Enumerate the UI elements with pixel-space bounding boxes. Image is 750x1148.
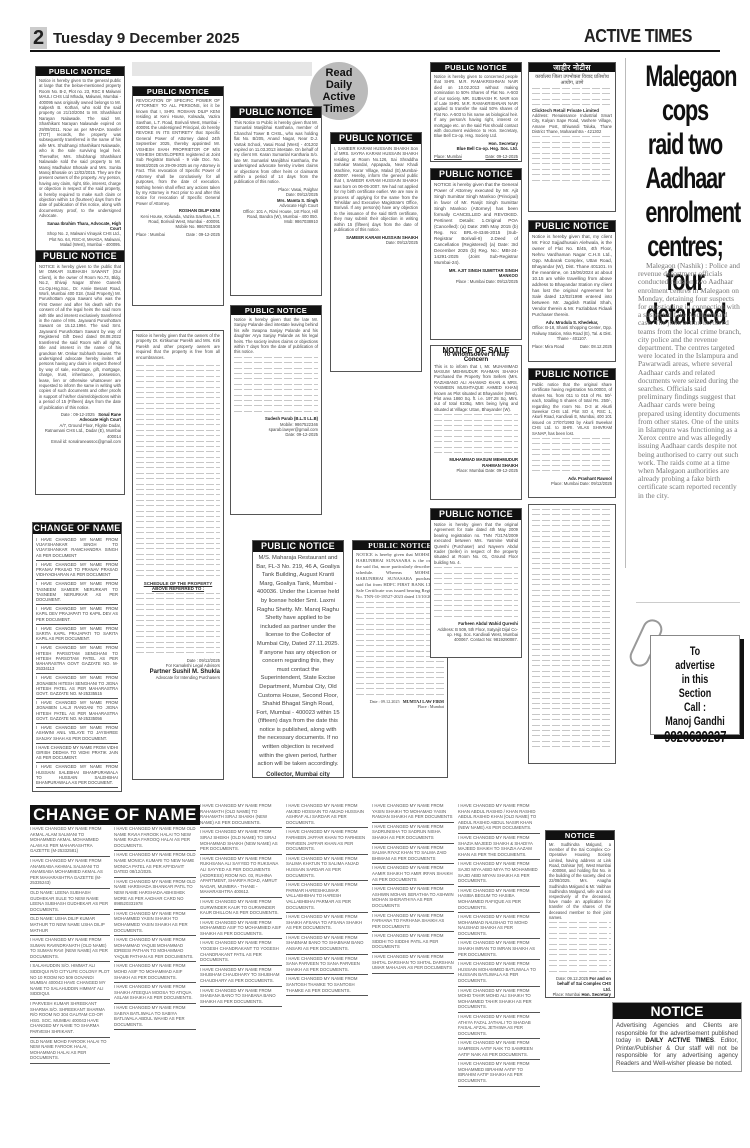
name-change-entry: I HAVE CHANGED MY NAME FROM SALMA RIYAZ … [372, 844, 454, 865]
notice-title: PUBLIC NOTICE [253, 541, 343, 552]
name-change-entry: I HAVE CHANGED MY NAME FROM OLD NAME HAR… [114, 878, 196, 910]
badge-line: Active [322, 91, 355, 103]
name-change-column-2: I HAVE CHANGED MY NAME FROM OLD NAME RAV… [114, 825, 196, 1030]
notice-subtitle: To Whomsoever It May Concern [434, 353, 518, 363]
name-change-entry: I HAVE CHANGED MY NAME FROM KHAN ABDUL R… [458, 802, 540, 834]
public-notice-vasai: PUBLIC NOTICE This Notice to Public is h… [230, 106, 322, 296]
name-change-entry: I HAVE CHANGED MY NAME FROM SHABANA BANO… [200, 987, 282, 1008]
name-change-entry: I HAVE CHANGED MY NAME FROM RUKHSANA ALI… [200, 855, 282, 898]
notice-signatory: Collector, Mumbai city [256, 771, 340, 778]
name-change-entry: I HAVE CHANGED MY NAME FROM SHAIKH AFSAN… [286, 913, 368, 934]
notice-body: Notice is hereby given to the general pu… [39, 78, 121, 219]
change-of-name-banner: CHANGE OF NAME [30, 805, 200, 825]
issue-date: Tuesday 9 December 2025 [53, 30, 240, 47]
notice-of-sale: NOTICE OF SALE To Whomsoever It May Conc… [430, 345, 522, 500]
public-notice-lost-agreement: PUBLIC NOTICE Notice is hereby given tha… [528, 220, 616, 362]
name-change-entry: I HAVE CHANGED MY NAME FROM ASHWINI ANIL… [36, 724, 118, 744]
notice-title: PUBLIC NOTICE [529, 369, 615, 380]
notice-title: PUBLIC NOTICE [231, 306, 321, 315]
notice-title: NOTICE [613, 1003, 741, 1019]
public-notice-misc [528, 504, 616, 764]
name-change-entry: I HAVE CHANGED MY NAME FROM SADRUNISHA T… [372, 823, 454, 844]
public-notice-property: Notice is hereby given that the owners o… [132, 330, 224, 780]
notice-body: I, SAMEER KARAM HUSSAIN SHAIKH Son of MR… [334, 146, 418, 233]
company-address: Address: Renaissance Industrial Smart Ci… [532, 113, 612, 135]
name-change-entry: I HAVE CHANGED MY NAME FROM ANAMSABA AKH… [30, 857, 110, 889]
name-change-entry: I HAVE CHANGED MY NAME FROM HITESH PARSO… [36, 644, 118, 674]
name-change-column-6: I HAVE CHANGED MY NAME FROM KHAN ABDUL R… [458, 802, 540, 1087]
notice-title: PUBLIC NOTICE [431, 169, 521, 180]
name-change-entry: I HAVE CHANGED MY NAME FROM SHAIKH ATEEQ… [114, 983, 196, 1004]
name-change-entry: I HAVE CHANGED MY NAME FROM MOHAMMED ASI… [200, 919, 282, 940]
name-change-entry: I HAVE CHANGED MY NAME FROM SIDDHI TO SI… [372, 932, 454, 953]
name-change-entry: OLD NAME: USHA DILIP KUMAR MATHUR TO NEW… [30, 915, 110, 936]
badge-line: Read [326, 67, 353, 79]
name-change-entry: I HAVE CHANGED MY NAME FROM SUMAN RAVIND… [30, 936, 110, 962]
name-change-entry: OLD NAME MOHD FAROOK HALAI TO NEW NAME F… [30, 1038, 110, 1064]
notice-body: Notice is hereby given that the late Mr.… [234, 317, 318, 355]
name-change-entry: I HAVE CHANGED MY NAME FROM SIRAJ SHEIKH… [200, 828, 282, 854]
name-change-entry: I HAVE CHANGED MY NAME FROM VIDHI GIRISH… [36, 744, 118, 764]
notice-body: This Notice to Public is hereby given th… [234, 120, 318, 185]
name-change-entry: I HAVE CHANGED MY NAME FROM PARMAR HARES… [286, 881, 368, 913]
ad-line: advertise [662, 658, 728, 672]
name-change-entry: I HAVE CHANGED MY NAME FROM SALIMA KHATU… [286, 855, 368, 881]
name-change-entry: I HAVE CHANGED MY NAME FROM JIGNABEN HIT… [36, 674, 118, 699]
ad-line: Call : [662, 700, 728, 714]
badge-line: Daily [326, 79, 352, 91]
ad-phone-number[interactable]: 9820639237 [664, 728, 726, 748]
ad-contact-name: Manoj Gandhi [662, 714, 728, 728]
name-change-entry: I HAVE CHANGED MY NAME FROM OLD NAME MON… [114, 851, 196, 877]
public-notice-poa-cancel: PUBLIC NOTICE NOTICE is hereby given tha… [430, 168, 522, 340]
notice-body: Public notice that the original share ce… [532, 382, 612, 436]
name-change-entry: I HAVE CHANGED MY NAME FROM SHITAL DARSH… [372, 953, 454, 974]
name-change-entry: I HAVE CHANGED MY NAME FROM AMJED HOSSAI… [286, 802, 368, 828]
name-change-entry: I HAVE CHANGED MY NAME FROM SHAIKH IMRAN… [458, 939, 540, 960]
name-change-entry: I HAVE CHANGED MY NAME FROM SANA PARVEEN… [286, 955, 368, 976]
schedule-title: SCHEDULE OF THE PROPERTY ABOVE REFERRED … [136, 581, 220, 591]
name-change-entry: I HAVE CHANGED MY NAME FROM FARHANA TO F… [372, 912, 454, 933]
notice-title: PUBLIC NOTICE [431, 509, 521, 520]
name-change-entry: OLD NAME: LEENA SUBHASH GUDHEKAR SULE TO… [30, 889, 110, 915]
name-change-entry: I HAVE CHANGED MY NAME FROM PRANAV PRASA… [36, 561, 118, 581]
notice-body: Notice is hereby given that, my client M… [532, 234, 612, 318]
notice-title: PUBLIC NOTICE [431, 63, 521, 72]
public-notice-revocation: PUBLIC NOTICE REVOCATION OF SPECIFIC POW… [132, 86, 224, 306]
name-change-entry: I HAVE CHANGED MY NAME FROM MOHAMMED YAS… [114, 910, 196, 936]
notice-body: NOTICE is hereby given that the General … [434, 182, 518, 266]
notice-body: REVOCATION OF SPECIFIC POWER OF ATTORNEY… [136, 98, 220, 206]
notice-footer: Place : MumbaiDate : 09-12-2025 [136, 232, 220, 237]
name-change-entry: I HAVE CHANGED MY NAME FROM SABIYA BATLI… [114, 1004, 196, 1030]
notice-title: PUBLIC NOTICE [36, 251, 124, 262]
notice-title: NOTICE [546, 831, 614, 840]
hindi-court-notice: जाहीर नोटीस कार्यालय जिला उपभोक्ता विवाद… [528, 62, 616, 212]
name-change-entry: I HAVE CHANGED MY NAME FROM SHUBHAM CHAU… [200, 966, 282, 987]
masthead-rule [30, 50, 720, 52]
name-change-entry: I HAVE CHANGED MY NAME FROM MOHAMMED IBR… [458, 1060, 540, 1086]
name-change-entry: I HAVE CHANGED MY NAME FROM FARHEEN JAFF… [286, 828, 368, 854]
name-change-entry: I HAVE CHANGED MY NAME FROM SARITA KAPIL… [36, 625, 118, 645]
name-change-entry: I HAVE CHANGED MY NAME FROM RAHAMATH (OL… [200, 802, 282, 828]
name-change-column-4: I HAVE CHANGED MY NAME FROM AMJED HOSSAI… [286, 802, 368, 996]
notice-signatory: Sanaa Ibrahim Thara, Advocate, High Cour… [39, 221, 121, 248]
name-change-entry: I HAVE CHANGED MY NAME FROM HUSSAIN SALE… [36, 763, 118, 788]
publication-brand: ACTIVE TIMES [584, 26, 692, 47]
notice-signatory: Date : 09-12-2025 Sonal RaneAdvocate Hig… [39, 412, 121, 444]
name-change-entry: I HAVE CHANGED MY NAME FROM SAMREEN AATI… [458, 1039, 540, 1060]
name-change-entry: I HAVE CHANGED MY NAME FROM OLD NAME RAV… [114, 825, 196, 851]
notice-subtitle: कार्यालय जिला उपभोक्ता विवाद प्रतिशोध आय… [532, 74, 612, 86]
name-change-column-1: I HAVE CHANGED MY NAME FROM AKMAL ALAM S… [30, 825, 110, 1064]
notice-body: M/S. Maharaja Restaurant and Bar, FL-3 N… [256, 554, 340, 769]
name-change-entry: I HAVE CHANGED MY NAME FROM HUSSAIN MOHA… [458, 960, 540, 986]
lead-story-body: Malegaon (Nashik) : Police and revenue d… [638, 262, 742, 500]
name-change-entry: I SALAHUDDIN S/O. HIMMAT ALI SIDDIQUI R/… [30, 962, 110, 1000]
public-notice-1: PUBLIC NOTICE Notice is hereby given to … [35, 66, 125, 258]
advertise-card: To advertise in this Section Call : Mano… [650, 635, 740, 735]
name-change-entry: I HAVE CHANGED MY NAME FROM MOHD ASIF TO… [114, 962, 196, 983]
ad-line: To [662, 644, 728, 658]
public-notice-excise: PUBLIC NOTICE M/S. Maharaja Restaurant a… [252, 540, 344, 778]
notice-body: This is to inform that I, Mr. MUHAMMAD M… [434, 364, 518, 413]
page-number: 2 [30, 27, 47, 49]
name-change-entry: I HAVE CHANGED MY NAME FROM KAPIL DEV PR… [36, 605, 118, 625]
notice-body: Mr. Sudhindra Malgund, a member of the S… [549, 842, 611, 920]
name-change-entry: I HAVE CHANGED MY NAME FROM AKMAL ALAM S… [30, 825, 110, 857]
name-change-entry: I HAVE CHANGED MY NAME FROM HASIBA BEGUM… [458, 887, 540, 913]
public-notice-agreement-lost: PUBLIC NOTICE Notice is hereby given tha… [430, 508, 522, 658]
name-change-entry: I HAVE CHANGED MY NAME FROM ASHWIN MOHAN… [372, 885, 454, 911]
notice-body: NOTICE is hereby given to the public tha… [39, 264, 121, 410]
notice-body: Advertising Agencies and Clients are res… [613, 1019, 741, 1071]
name-change-entry: I HAVE CHANGED MY NAME FROM TASNEEM SAME… [36, 580, 118, 605]
name-change-entry: I HAVE CHANGED MY NAME FROM SANTOSH THAM… [286, 975, 368, 996]
notice-title: PUBLIC NOTICE [529, 221, 615, 232]
notice-title: PUBLIC NOTICE [231, 107, 321, 118]
name-change-entry: I HAVE CHANGED MY NAME FROM MOHAMMAD NAU… [458, 913, 540, 939]
name-change-entry: I HAVE CHANGED MY NAME FROM ATHIYA FAZAL… [458, 1013, 540, 1039]
name-change-column-5: I HAVE CHANGED MY NAME FROM YASIN SHAIKH… [372, 802, 454, 974]
notice-title: PUBLIC NOTICE [133, 87, 223, 96]
column-divider [625, 58, 626, 568]
notice-body: Notice is hereby given that the original… [434, 522, 518, 565]
public-notice-birth-certificate: PUBLIC NOTICE I, SAMEER KARAM HUSSAIN SH… [330, 132, 422, 372]
notice-signatory: ROSHAN DILIP KENIKeni House, Kolwada, Va… [136, 208, 220, 230]
name-change-entry: I HAVE CHANGED MY NAME FROM AAMIR SHAIKH… [372, 864, 454, 885]
public-notice-blue-bell: PUBLIC NOTICE Notice is hereby given to … [430, 62, 522, 162]
name-change-entry: I HAVE CHANGED MY NAME FROM MOHD TAHIR M… [458, 987, 540, 1013]
name-change-entry: I HAVE CHANGED MY NAME FROM JIGNABEN LAL… [36, 699, 118, 724]
name-change-entry: I HAVE CHANGED MY NAME FROM YASIN SHAIKH… [372, 802, 454, 823]
public-notice-share-certificate: PUBLIC NOTICE Public notice that the ori… [528, 368, 616, 498]
notice-title: जाहीर नोटीस [529, 63, 615, 72]
public-notice-2: PUBLIC NOTICE NOTICE is hereby given to … [35, 250, 125, 495]
name-change-entry: I HAVE CHANGED MY NAME FROM VIJAYSHANKAR… [36, 536, 118, 561]
name-change-column-3: I HAVE CHANGED MY NAME FROM RAHAMATH (OL… [200, 802, 282, 1007]
notice-title: PUBLIC NOTICE [331, 133, 421, 144]
story-divider [636, 602, 740, 603]
change-of-name-top: CHANGE OF NAME I HAVE CHANGED MY NAME FR… [32, 522, 122, 792]
ad-line: Section [662, 686, 728, 700]
notice-title: PUBLIC NOTICE [36, 67, 124, 76]
name-change-entry: I HAVE CHANGED MY NAME FROM MOHAMMAD YAQ… [114, 936, 196, 962]
name-change-entry: I PARVESH KUMAR SHREEKANT SHARMA S/O. SH… [30, 1000, 110, 1038]
name-change-entry: I HAVE CHANGED MY NAME FROM GURWINDER KA… [200, 898, 282, 919]
badge-line: Times [323, 103, 355, 115]
notice-body: Notice is hereby given to concerned peop… [434, 74, 518, 139]
name-change-entry: I HAVE CHANGED MY NAME FROM SHAZIA MAJEE… [458, 834, 540, 860]
disclaimer-notice: NOTICE Advertising Agencies and Clients … [612, 1002, 742, 1072]
ad-line: in this [662, 672, 728, 686]
public-notice-society: PUBLIC NOTICE Notice is hereby given tha… [230, 305, 322, 515]
notice-body: Notice is hereby given that the owners o… [136, 333, 220, 360]
section-title: CHANGE OF NAME [33, 523, 121, 534]
notice-date: Date : 09/12/2025 [187, 658, 220, 663]
name-change-entry: I HAVE CHANGED MY NAME FROM SHABNAM BANO… [286, 934, 368, 955]
name-change-entry: I HAVE CHANGED MY NAME FROM YOGESH CHAND… [200, 939, 282, 965]
society-notice: NOTICE Mr. Sudhindra Malgund, a member o… [545, 830, 615, 998]
name-change-entry: I HAVE CHANGED MY NAME FROM SAJID MIYA A… [458, 860, 540, 886]
gray-banner [132, 62, 312, 76]
